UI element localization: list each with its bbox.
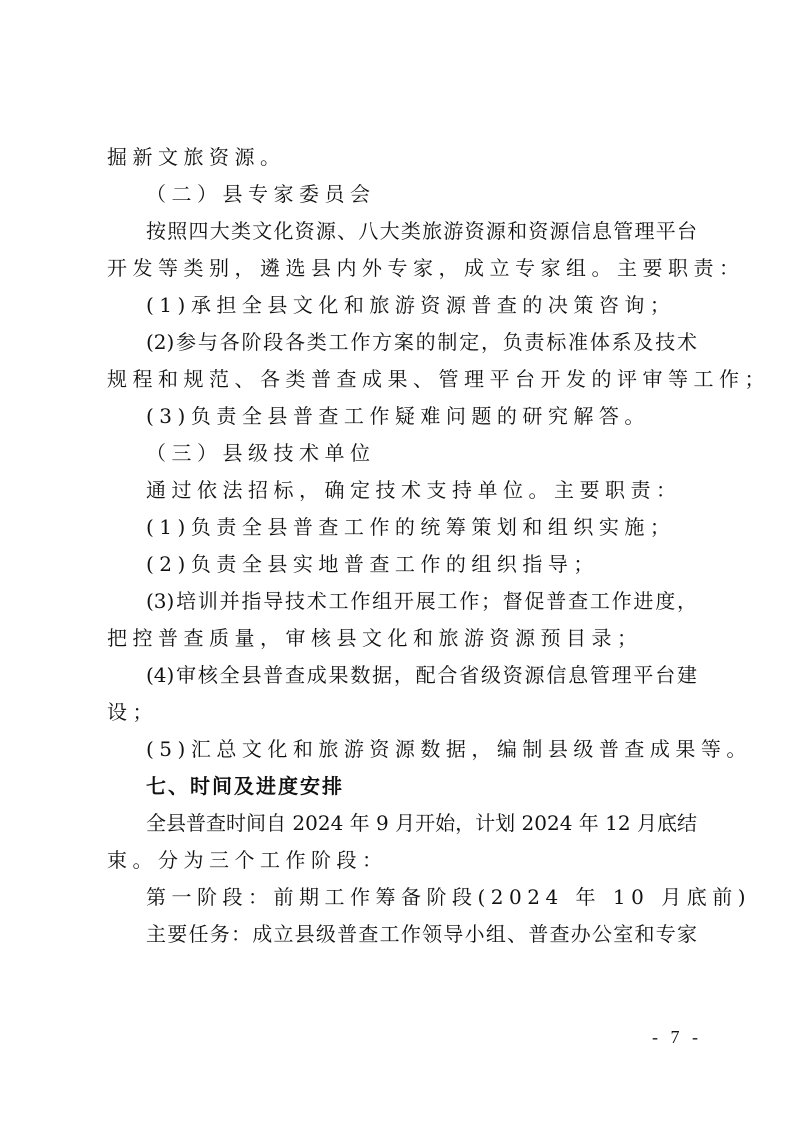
list-item-continuation: 设； xyxy=(107,694,697,731)
section-heading-county-expert-committee: （二）县专家委员会 xyxy=(146,176,736,213)
paragraph-line: 通过依法招标，确定技术支持单位。主要职责： xyxy=(146,472,736,509)
paragraph-line: 主要任务：成立县级普查工作领导小组、普查办公室和专家 xyxy=(146,916,697,953)
list-item: (4)审核全县普查成果数据，配合省级资源信息管理平台建 xyxy=(146,657,697,694)
list-item-continuation: 规程和规范、各类普查成果、管理平台开发的评审等工作； xyxy=(107,361,697,398)
paragraph-line: 束。分为三个工作阶段： xyxy=(107,842,697,879)
list-item: (2)参与各阶段各类工作方案的制定，负责标准体系及技术 xyxy=(146,324,697,361)
list-item: (1)承担全县文化和旅游资源普查的决策咨询； xyxy=(146,287,736,324)
list-item-continuation: 把控普查质量，审核县文化和旅游资源预目录； xyxy=(107,620,697,657)
page-number: - 7 - xyxy=(652,1027,702,1048)
list-item: (2)负责全县实地普查工作的组织指导； xyxy=(146,546,736,583)
phase-heading: 第一阶段：前期工作筹备阶段(2024 年 10 月底前) xyxy=(146,879,736,916)
paragraph-line: 按照四大类文化资源、八大类旅游资源和资源信息管理平台 xyxy=(146,213,697,250)
section-heading-schedule: 七、时间及进度安排 xyxy=(146,768,736,805)
list-item: (3)培训并指导技术工作组开展工作；督促普查工作进度， xyxy=(146,583,697,620)
section-heading-county-technical-unit: （三）县级技术单位 xyxy=(146,435,736,472)
paragraph-continuation: 掘新文旅资源。 xyxy=(107,139,697,176)
document-page: 掘新文旅资源。 （二）县专家委员会 按照四大类文化资源、八大类旅游资源和资源信息… xyxy=(0,0,793,1122)
list-item: (3)负责全县普查工作疑难问题的研究解答。 xyxy=(146,398,736,435)
paragraph-line: 全县普查时间自 2024 年 9 月开始，计划 2024 年 12 月底结 xyxy=(146,805,697,842)
list-item: (5)汇总文化和旅游资源数据，编制县级普查成果等。 xyxy=(146,731,736,768)
paragraph-line: 开发等类别，遴选县内外专家，成立专家组。主要职责： xyxy=(107,250,697,287)
list-item: (1)负责全县普查工作的统筹策划和组织实施； xyxy=(146,509,736,546)
